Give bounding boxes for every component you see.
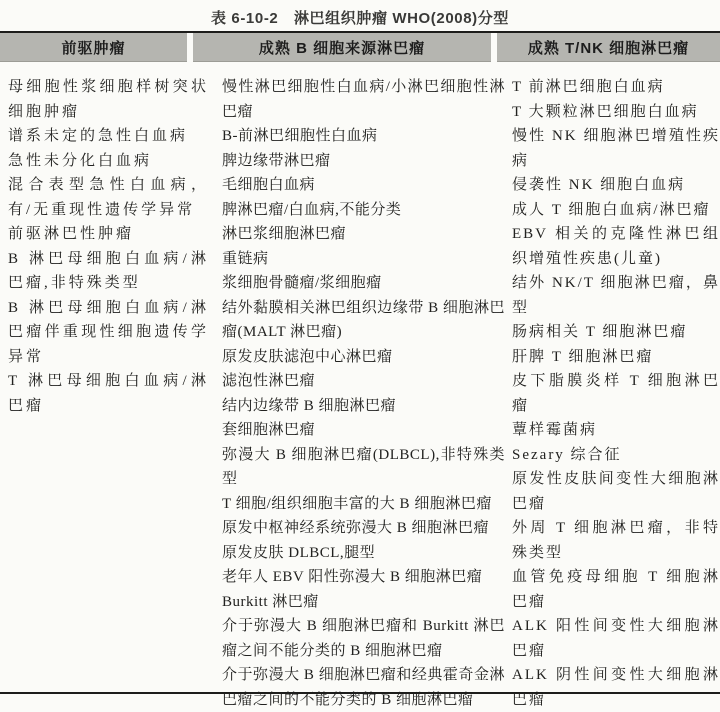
table-entry: Sezary 综合征 bbox=[512, 443, 720, 468]
table-entry: 滤泡性淋巴瘤 bbox=[222, 369, 505, 394]
table-entry: T 大颗粒淋巴细胞白血病 bbox=[512, 100, 720, 125]
table-body: 母细胞性浆细胞样树突状细胞肿瘤谱系未定的急性白血病急性未分化白血病混合表型急性白… bbox=[0, 75, 720, 712]
table-entry: 蕈样霉菌病 bbox=[512, 418, 720, 443]
table-entry: B 淋巴母细胞白血病/淋巴瘤,非特殊类型 bbox=[8, 247, 209, 296]
column-header-precursor-neoplasms: 前驱肿瘤 bbox=[0, 33, 187, 62]
table-entry: 介于弥漫大 B 细胞淋巴瘤和经典霍奇金淋巴瘤之间的不能分类的 B 细胞淋巴瘤 bbox=[222, 663, 505, 712]
table-entry: 外周 T 细胞淋巴瘤，非特殊类型 bbox=[512, 516, 720, 565]
table-entry: 重链病 bbox=[222, 247, 505, 272]
table-entry: 毛细胞白血病 bbox=[222, 173, 505, 198]
table-entry: 结外 NK/T 细胞淋巴瘤，鼻型 bbox=[512, 271, 720, 320]
table-entry: EBV 相关的克隆性淋巴组织增殖性疾患(儿童) bbox=[512, 222, 720, 271]
table-entry: 原发皮肤 DLBCL,腿型 bbox=[222, 541, 505, 566]
column-mature-b-cell-lymphomas: 慢性淋巴细胞性白血病/小淋巴细胞性淋巴瘤B-前淋巴细胞性白血病脾边缘带淋巴瘤毛细… bbox=[215, 75, 505, 712]
table-entry: 谱系未定的急性白血病 bbox=[8, 124, 209, 149]
table-entry: 脾淋巴瘤/白血病,不能分类 bbox=[222, 198, 505, 223]
table-entry: 原发皮肤滤泡中心淋巴瘤 bbox=[222, 345, 505, 370]
table-entry: 原发中枢神经系统弥漫大 B 细胞淋巴瘤 bbox=[222, 516, 505, 541]
table-entry: 侵袭性 NK 细胞白血病 bbox=[512, 173, 720, 198]
table-entry: 慢性 NK 细胞淋巴增殖性疾病 bbox=[512, 124, 720, 173]
column-mature-t-nk-cell-lymphomas: T 前淋巴细胞白血病T 大颗粒淋巴细胞白血病慢性 NK 细胞淋巴增殖性疾病侵袭性… bbox=[505, 75, 720, 712]
table-entry: ALK 阳性间变性大细胞淋巴瘤 bbox=[512, 614, 720, 663]
table-entry: ALK 阴性间变性大细胞淋巴瘤 bbox=[512, 663, 720, 712]
table-caption: 表 6-10-2 淋巴组织肿瘤 WHO(2008)分型 bbox=[0, 0, 720, 31]
table-entry: 成人 T 细胞白血病/淋巴瘤 bbox=[512, 198, 720, 223]
table-entry: 前驱淋巴性肿瘤 bbox=[8, 222, 209, 247]
table-entry: 原发性皮肤间变性大细胞淋巴瘤 bbox=[512, 467, 720, 516]
table-entry: T 前淋巴细胞白血病 bbox=[512, 75, 720, 100]
table-entry: 肝脾 T 细胞淋巴瘤 bbox=[512, 345, 720, 370]
table-entry: 淋巴浆细胞淋巴瘤 bbox=[222, 222, 505, 247]
table-bottom-rule bbox=[0, 692, 720, 694]
table-entry: T 淋巴母细胞白血病/淋巴瘤 bbox=[8, 369, 209, 418]
table-entry: 混合表型急性白血病，有/无重现性遗传学异常 bbox=[8, 173, 209, 222]
table-entry: 老年人 EBV 阳性弥漫大 B 细胞淋巴瘤 bbox=[222, 565, 505, 590]
table-entry: 弥漫大 B 细胞淋巴瘤(DLBCL),非特殊类型 bbox=[222, 443, 505, 492]
table-entry: 结内边缘带 B 细胞淋巴瘤 bbox=[222, 394, 505, 419]
column-header-mature-b-cell-lymphomas: 成熟 B 细胞来源淋巴瘤 bbox=[193, 33, 491, 62]
table-header-row: 前驱肿瘤 成熟 B 细胞来源淋巴瘤 成熟 T/NK 细胞淋巴瘤 bbox=[0, 33, 720, 62]
table-entry: 脾边缘带淋巴瘤 bbox=[222, 149, 505, 174]
table-entry: 母细胞性浆细胞样树突状细胞肿瘤 bbox=[8, 75, 209, 124]
table-entry: 血管免疫母细胞 T 细胞淋巴瘤 bbox=[512, 565, 720, 614]
table-entry: 结外黏膜相关淋巴组织边缘带 B 细胞淋巴瘤(MALT 淋巴瘤) bbox=[222, 296, 505, 345]
table-entry: B-前淋巴细胞性白血病 bbox=[222, 124, 505, 149]
scanned-book-page: 表 6-10-2 淋巴组织肿瘤 WHO(2008)分型 前驱肿瘤 成熟 B 细胞… bbox=[0, 0, 720, 712]
table-entry: T 细胞/组织细胞丰富的大 B 细胞淋巴瘤 bbox=[222, 492, 505, 517]
column-header-mature-t-nk-cell-lymphomas: 成熟 T/NK 细胞淋巴瘤 bbox=[497, 33, 720, 62]
table-entry: 急性未分化白血病 bbox=[8, 149, 209, 174]
table-entry: Burkitt 淋巴瘤 bbox=[222, 590, 505, 615]
table-entry: B 淋巴母细胞白血病/淋巴瘤伴重现性细胞遗传学异常 bbox=[8, 296, 209, 370]
table-entry: 套细胞淋巴瘤 bbox=[222, 418, 505, 443]
table-entry: 浆细胞骨髓瘤/浆细胞瘤 bbox=[222, 271, 505, 296]
table-entry: 介于弥漫大 B 细胞淋巴瘤和 Burkitt 淋巴瘤之间不能分类的 B 细胞淋巴… bbox=[222, 614, 505, 663]
column-precursor-neoplasms: 母细胞性浆细胞样树突状细胞肿瘤谱系未定的急性白血病急性未分化白血病混合表型急性白… bbox=[0, 75, 215, 712]
table-entry: 皮下脂膜炎样 T 细胞淋巴瘤 bbox=[512, 369, 720, 418]
table-entry: 慢性淋巴细胞性白血病/小淋巴细胞性淋巴瘤 bbox=[222, 75, 505, 124]
table-entry: 肠病相关 T 细胞淋巴瘤 bbox=[512, 320, 720, 345]
